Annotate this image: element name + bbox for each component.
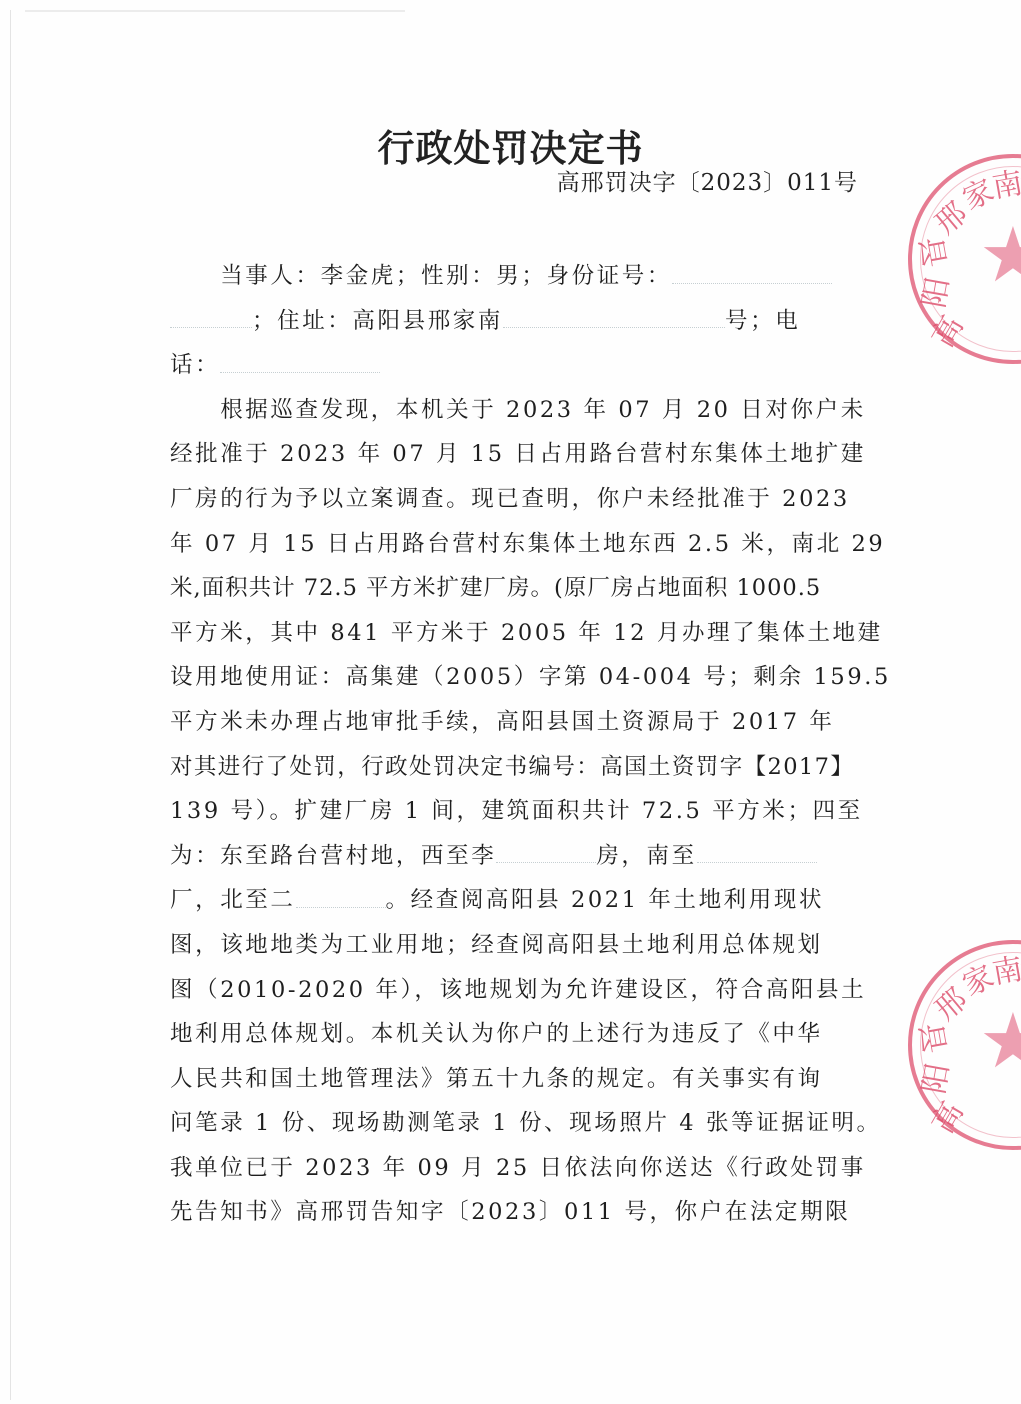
star-icon: ★ [978, 1006, 1021, 1076]
boundary-text: 为：东至路台营村地，西至李 [170, 843, 496, 869]
address-tail-text: 号；电 [725, 308, 800, 334]
document-title: 行政处罚决定书 [0, 118, 1021, 172]
seal-circle: ★ 高 阳 县 邢 家 南 镇 [908, 940, 1021, 1150]
redacted-south-boundary [697, 850, 817, 863]
document-body: 当事人：李金虎；性别：男；身份证号： ；住址：高阳县邢家南号；电 话： 根据巡查… [170, 254, 860, 1235]
boundary-text-2: 房，南至 [596, 843, 696, 869]
official-seal-bottom: ★ 高 阳 县 邢 家 南 镇 [900, 940, 1021, 1150]
seal-circle: ★ 高 阳 县 邢 家 南 镇 [908, 154, 1021, 364]
body-line: 我单位已于 2023 年 09 月 25 日依法向你送达《行政处罚事 [170, 1146, 860, 1191]
body-line: 平方米未办理占地审批手续，高阳县国土资源局于 2017 年 [170, 700, 860, 745]
body-line-phone: 话： [170, 343, 860, 388]
phone-label: 话： [170, 352, 220, 378]
boundary-text-3: 厂，北至二 [170, 887, 296, 913]
redacted-west-boundary [496, 850, 596, 863]
seal-char: 阳 [909, 273, 958, 310]
body-line-boundaries-2: 厂，北至二。经查阅高阳县 2021 年土地利用现状 [170, 878, 860, 923]
body-line: 139 号）。扩建厂房 1 间，建筑面积共计 72.5 平方米；四至 [170, 789, 860, 834]
body-line: 平方米，其中 841 平方米于 2005 年 12 月办理了集体土地建 [170, 611, 860, 656]
body-line: 厂房的行为予以立案调查。现已查明，你户未经批准于 2023 [170, 477, 860, 522]
body-line: 地利用总体规划。本机关认为你户的上述行为违反了《中华 [170, 1012, 860, 1057]
redacted-north-boundary [296, 895, 386, 908]
body-line: 图（2010-2020 年），该地规划为允许建设区，符合高阳县土 [170, 968, 860, 1013]
body-line: 对其进行了处罚，行政处罚决定书编号：高国土资罚字【2017】 [170, 745, 860, 790]
address-text: ；住址：高阳县邢家南 [252, 308, 503, 334]
body-line: 根据巡查发现，本机关于 2023 年 07 月 20 日对你户未 [170, 388, 860, 433]
scanned-page: 行政处罚决定书 高邢罚决字〔2023〕011号 当事人：李金虎；性别：男；身份证… [0, 0, 1021, 1404]
body-line: 经批准于 2023 年 07 月 15 日占用路台营村东集体土地扩建 [170, 432, 860, 477]
star-icon: ★ [978, 220, 1021, 290]
body-line: 问笔录 1 份、现场勘测笔录 1 份、现场照片 4 张等证据证明。 [170, 1101, 860, 1146]
body-line: 米,面积共计 72.5 平方米扩建厂房。(原厂房占地面积 1000.5 [170, 566, 860, 611]
scan-edge-left [10, 10, 11, 1400]
official-seal-top: ★ 高 阳 县 邢 家 南 镇 [900, 150, 1021, 370]
body-line-boundaries: 为：东至路台营村地，西至李房，南至 [170, 834, 860, 879]
redacted-id-number [672, 271, 832, 284]
document-number: 高邢罚决字〔2023〕011号 [557, 164, 858, 197]
scan-edge-top [25, 10, 405, 12]
body-line: 先告知书》高邢罚告知字〔2023〕011 号，你户在法定期限 [170, 1190, 860, 1235]
body-line: 人民共和国土地管理法》第五十九条的规定。有关事实有询 [170, 1057, 860, 1102]
seal-char: 阳 [909, 1059, 958, 1096]
party-info-text: 当事人：李金虎；性别：男；身份证号： [170, 263, 672, 289]
body-line-address: ；住址：高阳县邢家南号；电 [170, 299, 860, 344]
boundary-text-4: 。经查阅高阳县 2021 年土地利用现状 [386, 887, 825, 913]
body-line: 设用地使用证：高集建（2005）字第 04-004 号；剩余 159.5 [170, 655, 860, 700]
body-line: 年 07 月 15 日占用路台营村东集体土地东西 2.5 米，南北 29 [170, 522, 860, 567]
redacted-id-number-tail [170, 315, 252, 328]
body-line: 图，该地地类为工业用地；经查阅高阳县土地利用总体规划 [170, 923, 860, 968]
body-line-party: 当事人：李金虎；性别：男；身份证号： [170, 254, 860, 299]
redacted-address [503, 315, 725, 328]
redacted-phone [220, 360, 380, 373]
